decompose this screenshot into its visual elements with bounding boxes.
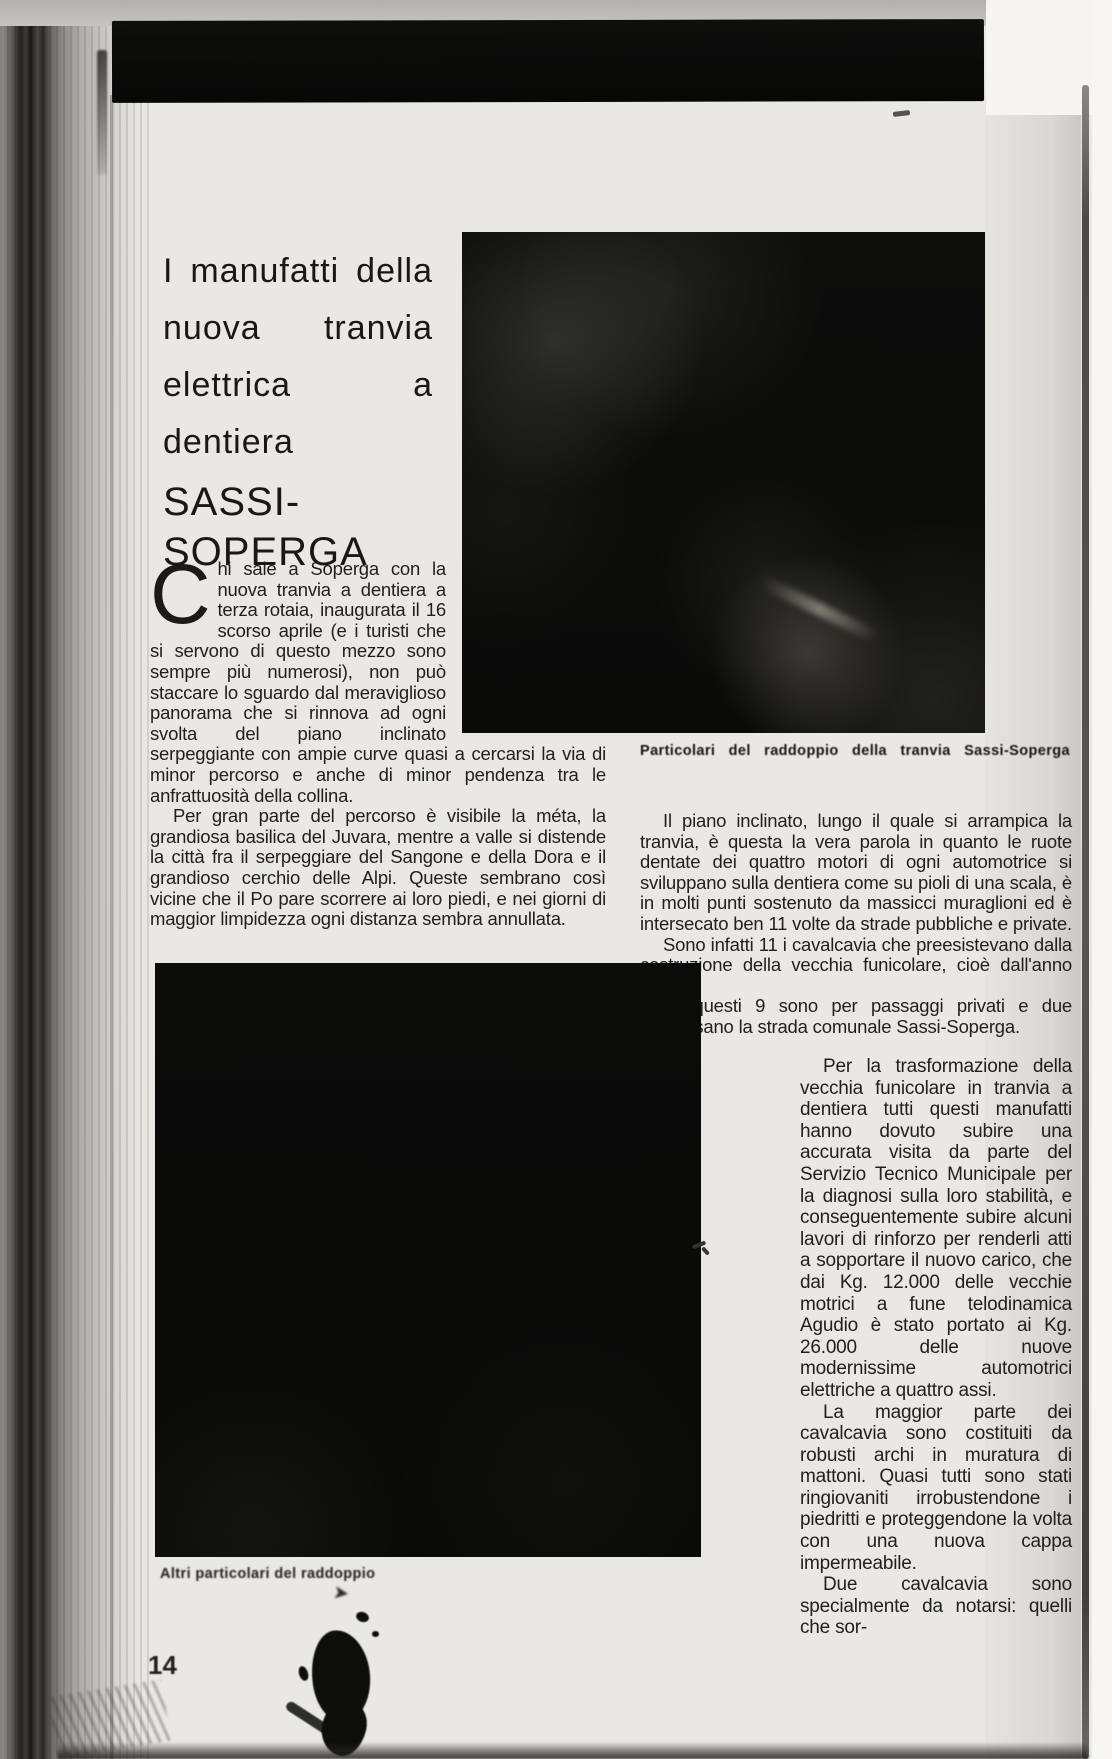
title-line-3: elettrica a dentiera bbox=[163, 357, 433, 471]
scan-bottom-edge bbox=[58, 1742, 1088, 1759]
photo-tramway-doubling-2 bbox=[155, 963, 701, 1557]
page-right-edge-line bbox=[1082, 85, 1089, 1759]
right-text-column: Il piano inclinato, lungo il quale si ar… bbox=[640, 811, 1072, 1038]
page-left-edge-line bbox=[110, 95, 113, 1759]
scan-right-margin bbox=[1092, 0, 1112, 1759]
scanned-magazine-page: { "title": { "lines": ["I manufatti dell… bbox=[0, 0, 1112, 1759]
page-number: 14 bbox=[148, 1650, 177, 1681]
paragraph: Per gran parte del percorso è visibile l… bbox=[150, 806, 606, 930]
paragraph: Il piano inclinato, lungo il quale si ar… bbox=[640, 811, 1072, 935]
drop-cap: C bbox=[150, 559, 217, 627]
binding-smudge bbox=[97, 50, 107, 175]
paragraph: Di questi 9 sono per passaggi privati e … bbox=[640, 996, 1072, 1037]
top-black-band bbox=[112, 19, 984, 103]
paragraph: Sono infatti 11 i cavalcavia che preesis… bbox=[640, 935, 1072, 997]
photo-light-path bbox=[759, 575, 882, 644]
title-line-1: I manufatti della bbox=[163, 243, 433, 300]
paragraph: Per la trasformazione della vecchia funi… bbox=[800, 1056, 1072, 1402]
article-title: I manufatti della nuova tranvia elettric… bbox=[163, 243, 433, 577]
arrow-right-icon: ➤ bbox=[331, 1581, 350, 1606]
bottom-photo-caption: Altri particolari del raddoppio bbox=[160, 1566, 382, 1582]
photo-wrap-spacer bbox=[446, 559, 606, 726]
top-photo-caption: Particolari del raddoppio della tranvia … bbox=[640, 743, 1070, 759]
right-text-column-narrow: Per la trasformazione della vecchia funi… bbox=[800, 1056, 1072, 1639]
left-text-column: Chi sale a Soperga con la nuova tranvia … bbox=[150, 559, 606, 930]
paragraph: Due cavalcavia sono specialmente da nota… bbox=[800, 1574, 1072, 1639]
book-binding-shadow bbox=[0, 0, 150, 1759]
ink-blot-dot bbox=[372, 1631, 379, 1637]
paragraph: La maggior parte dei cavalcavia sono cos… bbox=[800, 1402, 1072, 1575]
title-line-2: nuova tranvia bbox=[163, 300, 433, 357]
